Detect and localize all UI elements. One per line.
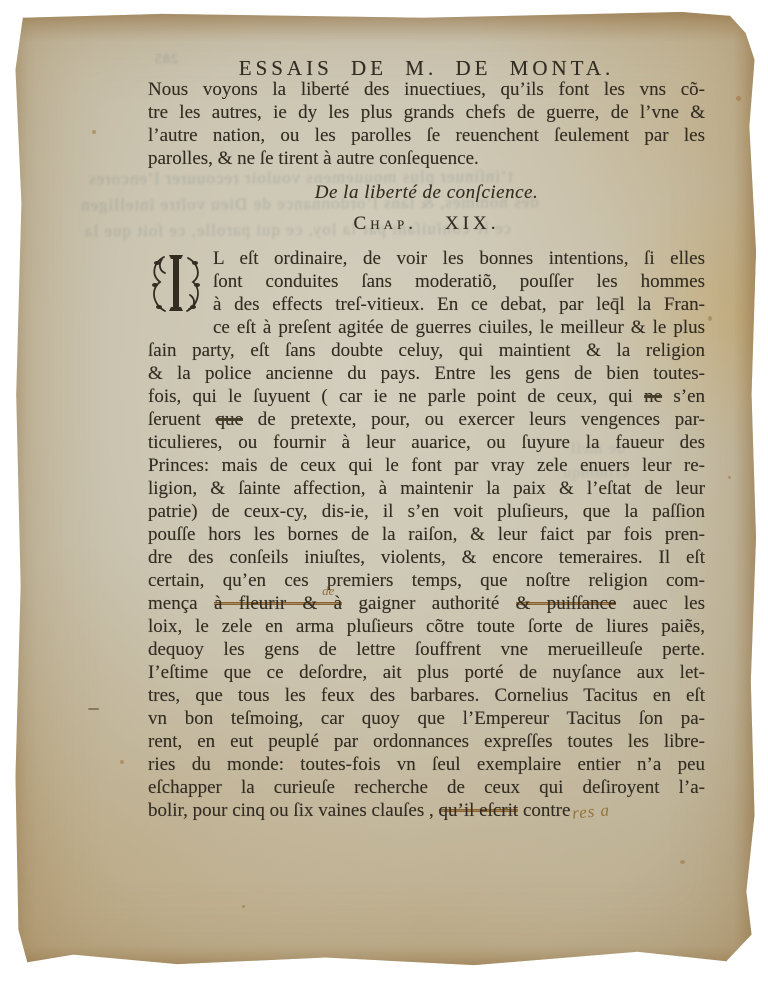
body-line: fois, qui le ſuyuent ( car ie ne parle p… [148,385,705,408]
printed-text: auec les [616,593,705,614]
printed-text: parolles, & ne ſe tirent à autre conſequ… [148,148,479,169]
printed-text: certain, qu’en ces premiers temps, que n… [148,570,705,591]
body-line: ſeruent que de pretexte, pour, ou exerce… [148,408,705,431]
page-scan: 285 t’inſinuer plus mouuemens vouloir re… [14,12,756,968]
printed-text: ſont conduites ſans moderatiõ, pouſſer l… [213,271,705,292]
body-line: loix, le zele en arma pluſieurs cõtre to… [148,615,705,638]
printed-text: pouſſe hors les bornes de la raiſon, & l… [148,524,705,545]
printed-text: s’en [662,386,705,407]
body-line: bolir, pour cinq ou ſix vaines clauſes ,… [148,799,705,822]
printed-text: eſchapper la curieuſe recherche de ceux … [148,777,705,798]
body-line: L eſt ordinaire, de voir les bonnes inte… [148,247,705,270]
printed-text: de pretexte, pour, ou exercer leurs veng… [243,409,705,430]
printed-text: ticulieres, ou fournir à leur auarice, o… [148,432,705,453]
chapter-title: De la liberté de conſcience. [148,182,705,204]
printed-text: vn bon teſmoing, car quoy que l’Empereur… [148,708,705,729]
body-line: patrie) de ceux-cy, dis-ie, il s’en voit… [148,500,705,523]
body-line: eſchapper la curieuſe recherche de ceux … [148,776,705,799]
chapter-roman-numeral: XIX. [445,213,500,234]
body-line: tres, que tous les feux des barbares. Co… [148,684,705,707]
printed-text: & la police ancienne du pays. Entre les … [148,363,705,384]
page-edge [14,946,756,968]
handwritten-addition: res a [572,798,612,824]
printed-text: ries du monde: toutes-fois vn ſeul exemp… [148,754,705,775]
printed-text: rent, en eut peuplé par ordonnances expr… [148,731,705,752]
body-line: ticulieres, ou fournir à leur auarice, o… [148,431,705,454]
intro-line: tre les autres, ie dy les plus grands ch… [148,101,705,124]
intro-line: l’autre nation, ou les parolles ſe reuen… [148,124,705,147]
printed-text: ſain party, eſt ſans doubte celuy, qui m… [148,340,705,361]
stain [92,130,96,134]
printed-text: fois, qui le ſuyuent ( car ie ne parle p… [148,386,644,407]
body-line: ſont conduites ſans moderatiõ, pouſſer l… [148,270,705,293]
stain [736,96,741,101]
body-line: ligion, & ſainte affection, à maintenir … [148,477,705,500]
body-line: ſain party, eſt ſans doubte celuy, qui m… [148,339,705,362]
printed-text: ligion, & ſainte affection, à maintenir … [148,478,705,499]
body-line: à des effects treſ-vitieux. En ce debat,… [148,293,705,316]
body-line: I’eſtime que ce deſordre, ait plus porté… [148,661,705,684]
stain [680,860,685,864]
struck-text: que [216,409,243,430]
printed-text: Princes: mais de ceux qui le font par vr… [148,455,705,476]
body-text: L eſt ordinaire, de voir les bonnes inte… [148,247,705,822]
printed-text: ſeruent [148,409,216,430]
body-line: vn bon teſmoing, car quoy que l’Empereur… [148,707,705,730]
printed-text: I’eſtime que ce deſordre, ait plus porté… [148,662,705,683]
struck-text: & puiſſance [516,593,617,614]
printed-text: patrie) de ceux-cy, dis-ie, il s’en voit… [148,501,705,522]
printed-text: loix, le zele en arma pluſieurs cõtre to… [148,616,705,637]
printed-text: contre [518,800,570,821]
page-edge [734,12,756,968]
ornamental-initial-I-icon [148,249,204,319]
printed-text: à des effects treſ-vitieux. En ce debat,… [213,294,705,315]
body-line: dequoy les gens de lettre ſouffrent vne … [148,638,705,661]
printed-text: dequoy les gens de lettre ſouffrent vne … [148,639,705,660]
stain [728,476,731,479]
body-line: & la police ancienne du pays. Entre les … [148,362,705,385]
page-edge [14,12,756,42]
printed-text: ce eſt à preſent agitée de guerres ciuil… [213,317,705,338]
intro-paragraph: Nous voyons la liberté des inuectiues, q… [148,78,705,170]
printed-text: gaigner authorité [342,593,516,614]
body-line: mença à fleurir & àde gaigner authorité … [148,592,705,615]
body-line: dre des conſeils iniuſtes, violents, & e… [148,546,705,569]
body-line: rent, en eut peuplé par ordonnances expr… [148,730,705,753]
struck-text: qu’il eſcrit [439,800,519,821]
body-line: pouſſe hors les bornes de la raiſon, & l… [148,523,705,546]
handwritten-insertion: de [322,579,334,602]
chapter-number: Chap.XIX. [148,213,705,235]
stain [708,316,712,321]
printed-text: tres, que tous les feux des barbares. Co… [148,685,705,706]
chapter-label: Chap. [354,213,417,234]
printed-text: bolir, pour cinq ou ſix vaines clauſes , [148,800,439,821]
struck-text: ne [644,386,662,407]
body-line: ries du monde: toutes-fois vn ſeul exemp… [148,753,705,776]
intro-line: Nous voyons la liberté des inuectiues, q… [148,78,705,101]
stain [120,760,124,764]
body-line: ce eſt à preſent agitée de guerres ciuil… [148,316,705,339]
printed-text: Nous voyons la liberté des inuectiues, q… [148,79,705,100]
printed-text: dre des conſeils iniuſtes, violents, & e… [148,547,705,568]
body-line: Princes: mais de ceux qui le font par vr… [148,454,705,477]
margin-mark [88,708,99,710]
printed-text: L eſt ordinaire, de voir les bonnes inte… [213,248,705,269]
intro-line: parolles, & ne ſe tirent à autre conſequ… [148,147,705,170]
printed-text: l’autre nation, ou les parolles ſe reuen… [148,125,705,146]
stain [242,905,245,908]
body-line: certain, qu’en ces premiers temps, que n… [148,569,705,592]
printed-text: mença [148,593,214,614]
printed-text: tre les autres, ie dy les plus grands ch… [148,102,705,123]
